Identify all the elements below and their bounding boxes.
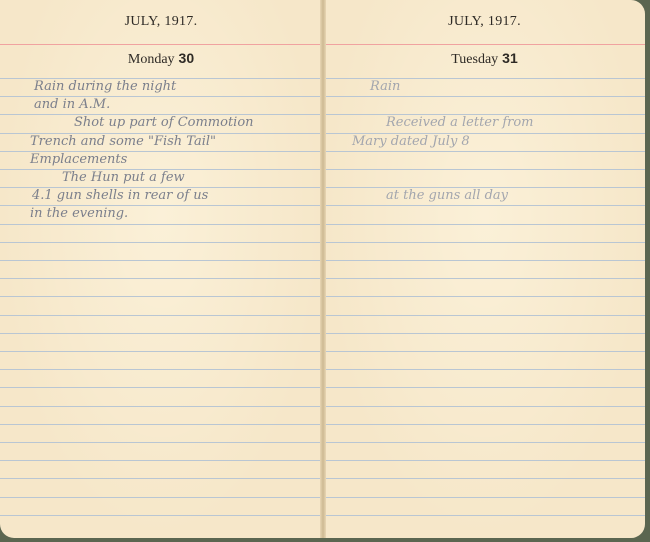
ruled-line — [0, 333, 322, 334]
ruled-line — [324, 96, 645, 97]
ruled-line — [324, 151, 645, 152]
ruled-line — [0, 406, 322, 407]
day-header: Monday30 — [0, 50, 322, 68]
left-page: JULY, 1917. Monday30 Rain during the nig… — [0, 0, 322, 538]
month-header: JULY, 1917. — [324, 14, 645, 30]
ruled-line — [324, 169, 645, 170]
ruled-line — [0, 497, 322, 498]
ruled-line — [0, 351, 322, 352]
ruled-line — [324, 387, 645, 388]
entry-line: Rain during the night — [34, 79, 322, 94]
ruled-line — [0, 260, 322, 261]
ruled-line — [0, 278, 322, 279]
weekday-label: Tuesday — [451, 52, 498, 67]
ruled-line — [324, 242, 645, 243]
ruled-line — [0, 442, 322, 443]
ruled-line — [324, 515, 645, 516]
weekday-label: Monday — [128, 52, 175, 67]
entry-line: in the evening. — [30, 206, 322, 221]
entry-line: Mary dated July 8 — [352, 134, 645, 149]
entry-line: at the guns all day — [386, 188, 645, 203]
entry-line: Rain — [370, 79, 645, 94]
ruled-line — [324, 224, 645, 225]
book-gutter — [320, 0, 326, 538]
header-red-rule — [0, 44, 322, 45]
ruled-line — [324, 442, 645, 443]
day-number: 30 — [179, 50, 195, 66]
month-header: JULY, 1917. — [0, 14, 322, 30]
ruled-line — [0, 424, 322, 425]
ruled-line — [324, 296, 645, 297]
ruled-line — [324, 351, 645, 352]
ruled-line — [324, 278, 645, 279]
ruled-line — [324, 369, 645, 370]
diary-spread: JULY, 1917. Monday30 Rain during the nig… — [0, 0, 650, 542]
day-header: Tuesday31 — [324, 50, 645, 68]
ruled-line — [0, 515, 322, 516]
ruled-line — [0, 460, 322, 461]
entry-line: Trench and some "Fish Tail" — [30, 134, 322, 149]
ruled-line — [324, 333, 645, 334]
entry-line: Shot up part of Commotion — [74, 115, 322, 130]
ruled-line — [0, 478, 322, 479]
entry-line: 4.1 gun shells in rear of us — [32, 188, 322, 203]
ruled-line — [324, 478, 645, 479]
ruled-line — [324, 424, 645, 425]
ruled-line — [324, 205, 645, 206]
entry-line: and in A.M. — [34, 97, 322, 112]
ruled-line — [324, 460, 645, 461]
ruled-line — [0, 296, 322, 297]
ruled-line — [0, 224, 322, 225]
ruled-line — [0, 242, 322, 243]
right-page: JULY, 1917. Tuesday31 Rain Received a le… — [324, 0, 645, 538]
header-red-rule — [324, 44, 645, 45]
ruled-line — [324, 406, 645, 407]
ruled-line — [324, 497, 645, 498]
entry-line: Emplacements — [30, 152, 322, 167]
ruled-line — [0, 369, 322, 370]
ruled-line — [324, 260, 645, 261]
day-number: 31 — [502, 50, 518, 66]
entry-line: The Hun put a few — [62, 170, 322, 185]
ruled-line — [0, 315, 322, 316]
ruled-line — [324, 315, 645, 316]
ruled-line — [0, 387, 322, 388]
entry-line: Received a letter from — [386, 115, 645, 130]
